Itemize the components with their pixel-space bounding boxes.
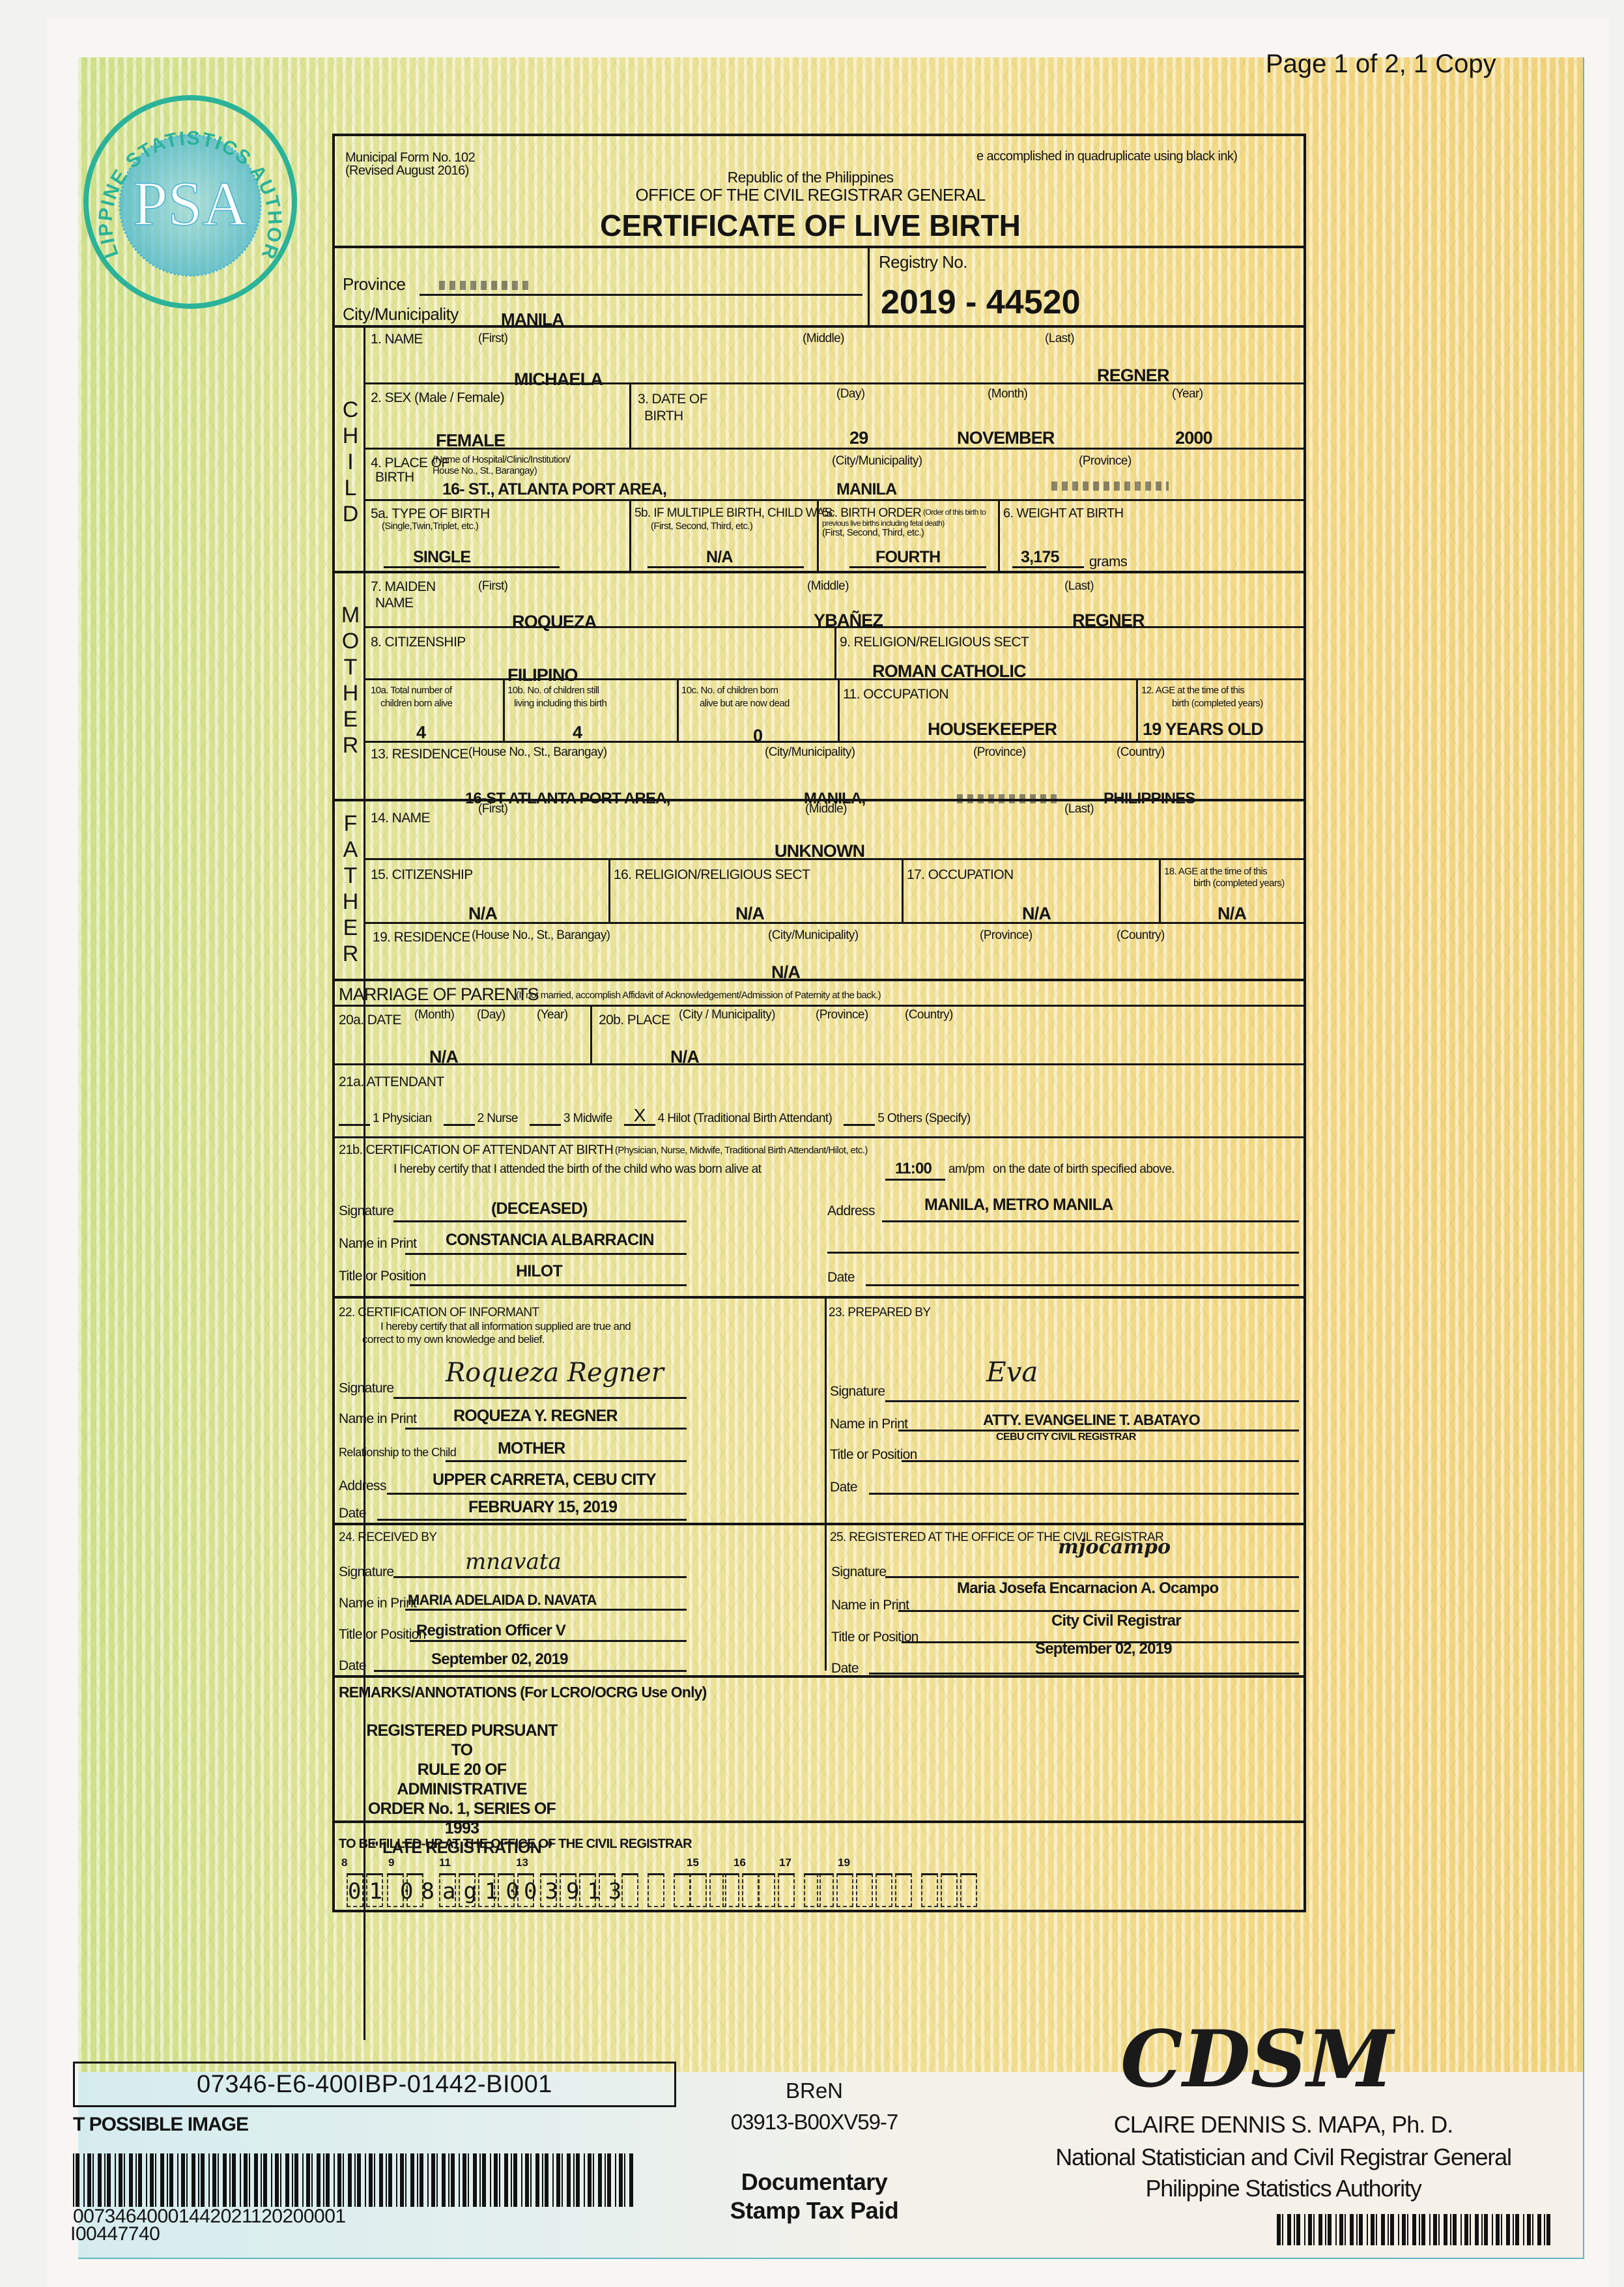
city-label: (City / Municipality) [679, 1008, 775, 1022]
attendant-option-label: 1 Physician [373, 1112, 432, 1126]
mother-occupation: HOUSEKEEPER [928, 719, 1057, 740]
received-title: Registration Officer V [416, 1622, 565, 1640]
svg-text:PSA: PSA [133, 169, 248, 238]
birth-weight: 3,175 [1021, 548, 1059, 567]
office-code-boxes: 891113151617190108ag1003913 [335, 1856, 1309, 1908]
office-code-value: ag10 [442, 1878, 527, 1905]
residence-city-label: (City/Municipality) [768, 928, 859, 943]
mother-religion-label: 9. RELIGION/RELIGIOUS SECT [840, 635, 1029, 650]
informant-date: FEBRUARY 15, 2019 [468, 1498, 617, 1517]
registry-number: 2019 - 44520 [881, 283, 1081, 322]
name-label: Name in Print [830, 1417, 907, 1432]
registrar-general-title: National Statistician and Civil Registra… [1023, 2144, 1544, 2171]
first-label: (First) [478, 802, 507, 816]
total-children: 4 [416, 723, 425, 743]
birth-place-city: MANILA [836, 480, 896, 499]
registered-title: City Civil Registrar [1051, 1612, 1181, 1630]
father-age-label: 18. AGE at the time of this [1164, 866, 1267, 878]
signature-label: Signature [339, 1203, 394, 1219]
father-age: N/A [1218, 904, 1246, 924]
document-title: CERTIFICATE OF LIVE BIRTH [530, 208, 1090, 243]
received-signature: mnavata [465, 1549, 562, 1575]
pob-city-label: (City/Municipality) [832, 454, 922, 468]
attendant-checkbox[interactable] [530, 1124, 561, 1126]
mother-residence-label: 13. RESIDENCE [371, 747, 468, 762]
name-label: Name in Print [831, 1598, 909, 1613]
date-label: Date [339, 1506, 366, 1521]
attendant-cert-hint: (Physician, Nurse, Midwife, Traditional … [615, 1145, 868, 1157]
office-field-number: 11 [439, 1856, 451, 1869]
middle-label: (Middle) [803, 332, 844, 346]
weight-unit: grams [1089, 553, 1127, 570]
residence-city-label: (City/Municipality) [765, 745, 855, 760]
weight-label: 6. WEIGHT AT BIRTH [1003, 506, 1123, 521]
date-label: Date [339, 1658, 366, 1674]
attendant-option-label: 4 Hilot (Traditional Birth Attendant) [658, 1112, 833, 1126]
birth-year: 2000 [1175, 428, 1212, 448]
birth-day: 29 [849, 428, 868, 448]
mother-age-label: 12. AGE at the time of this [1141, 685, 1244, 697]
father-citizenship-label: 15. CITIZENSHIP [371, 867, 473, 883]
received-date: September 02, 2019 [431, 1650, 568, 1669]
multiple-birth-hint: (First, Second, Third, etc.) [651, 521, 752, 532]
office-code-cell[interactable] [921, 1873, 938, 1907]
attendant-cert-label: 21b. CERTIFICATION OF ATTENDANT AT BIRTH [339, 1143, 613, 1158]
office-field-number: 19 [838, 1856, 850, 1869]
registered-name: Maria Josefa Encarnacion A. Ocampo [957, 1579, 1218, 1598]
country-label: (Country) [905, 1008, 953, 1022]
prepared-by-label: 23. PREPARED BY [829, 1306, 930, 1320]
date-label: Date [830, 1480, 857, 1495]
bren-label: BReN [704, 2078, 925, 2103]
office-field-number: 8 [341, 1856, 347, 1869]
form-revision: (Revised August 2016) [345, 164, 469, 179]
last-label: (Last) [1064, 802, 1094, 816]
city-label: City/Municipality [343, 304, 459, 324]
province-label: Province [343, 274, 405, 295]
registered-signature: mjocampo [1058, 1536, 1171, 1559]
office-code-value: 01 [348, 1878, 390, 1905]
first-label: (First) [478, 332, 507, 346]
marriage-title: MARRIAGE OF PARENTS [339, 985, 539, 1005]
office-field-number: 17 [779, 1856, 791, 1869]
father-religion-label: 16. RELIGION/RELIGIOUS SECT [614, 867, 810, 883]
office-code-cell[interactable] [758, 1873, 775, 1907]
title-label: Title or Position [339, 1269, 426, 1284]
attendant-checkbox[interactable] [339, 1124, 370, 1126]
form-instruction: e accomplished in quadruplicate using bl… [976, 149, 1237, 164]
attendant-option-4[interactable]: X4 Hilot (Traditional Birth Attendant) [624, 1107, 833, 1126]
birth-place-province-redacted [1051, 482, 1169, 491]
residence-hint: (House No., St., Barangay) [472, 928, 610, 943]
year-label: (Year) [1172, 387, 1203, 401]
signature-label: Signature [831, 1564, 887, 1580]
registrar-general-signature: CDSM [1120, 2013, 1393, 2105]
office-code-cell[interactable] [742, 1873, 759, 1907]
informant-relationship: MOTHER [498, 1439, 565, 1458]
pob-hint-2: House No., St., Barangay) [433, 465, 537, 477]
marriage-place-label: 20b. PLACE [599, 1013, 670, 1028]
office-field-number: 9 [388, 1856, 394, 1869]
office-code-cell[interactable] [941, 1873, 958, 1907]
birth-order-hint: (Order of this birth to [923, 506, 986, 518]
dead-children-label-2: alive but are now dead [700, 698, 790, 710]
office-code-value: 08 [400, 1878, 442, 1905]
office-field-number: 16 [734, 1856, 746, 1869]
province-label: (Province) [816, 1008, 868, 1022]
residence-country-label: (Country) [1117, 928, 1165, 943]
office-code-cell[interactable] [876, 1873, 892, 1907]
birth-certificate-form: Municipal Form No. 102 (Revised August 2… [332, 134, 1306, 1912]
office-code-cell[interactable] [674, 1873, 691, 1907]
attendant-options: 1 Physician2 Nurse3 MidwifeX4 Hilot (Tra… [339, 1107, 971, 1126]
attendant-option-2[interactable]: 2 Nurse [444, 1112, 518, 1126]
residence-province-label: (Province) [980, 928, 1033, 943]
informant-label: 22. CERTIFICATION OF INFORMANT [339, 1306, 539, 1320]
father-section-label: FATHER [337, 811, 363, 967]
residence-province-label: (Province) [973, 745, 1026, 760]
bren-number: 03913-B00XV59-7 [704, 2110, 925, 2135]
republic-label: Republic of the Philippines [680, 169, 941, 186]
informant-name: ROQUEZA Y. REGNER [453, 1407, 618, 1426]
attendant-signature: (DECEASED) [491, 1200, 588, 1218]
living-children-label-2: living including this birth [514, 698, 606, 710]
marriage-date-label: 20a. DATE [339, 1013, 401, 1028]
residence-hint: (House No., St., Barangay) [468, 745, 607, 760]
pob-province-label: (Province) [1079, 454, 1132, 468]
pob-hint: (Name of Hospital/Clinic/Institution/ [433, 454, 570, 466]
residence-country-label: (Country) [1117, 745, 1165, 760]
office-code-cell[interactable] [856, 1873, 873, 1907]
psa-seal-icon: PHILIPPINE STATISTICS AUTHORITY PSA [79, 91, 301, 313]
middle-label: (Middle) [807, 579, 849, 594]
total-children-label: 10a. Total number of [371, 685, 451, 697]
relationship-label: Relationship to the Child [339, 1446, 456, 1460]
dead-children: 0 [753, 726, 762, 746]
pob-label-2: BIRTH [375, 470, 414, 485]
informant-address: UPPER CARRETA, CEBU CITY [433, 1471, 656, 1489]
registrar-general-org: Philippine Statistics Authority [1023, 2175, 1544, 2202]
birth-month: NOVEMBER [957, 428, 1055, 448]
attendant-option-label: 5 Others (Specify) [877, 1112, 970, 1126]
informant-signature: Roqueza Regner [446, 1358, 664, 1388]
registrar-general-name: CLAIRE DENNIS S. MAPA, Ph. D. [1023, 2111, 1544, 2138]
page-count-note: Page 1 of 2, 1 Copy [1266, 50, 1496, 79]
attendant-title: HILOT [516, 1262, 562, 1281]
multiple-birth-label: 5b. IF MULTIPLE BIRTH, CHILD WAS [634, 506, 833, 521]
mother-first-name: ROQUEZA [512, 612, 596, 632]
first-label: (First) [478, 579, 507, 594]
am-pm-label: am/pm [948, 1162, 984, 1177]
attendant-label: 21a. ATTENDANT [339, 1074, 444, 1090]
office-field-number: 13 [516, 1856, 528, 1869]
attendant-address: MANILA, METRO MANILA [924, 1196, 1113, 1215]
last-label: (Last) [1045, 332, 1074, 346]
control-number: 07346-E6-400IBP-01442-BI001 [73, 2062, 676, 2107]
date-label: Date [831, 1661, 859, 1676]
child-first-name: MICHAELA [514, 369, 603, 390]
attendant-checkbox[interactable] [444, 1124, 475, 1126]
total-children-label-2: children born alive [380, 698, 452, 710]
attendant-option-5[interactable]: 5 Others (Specify) [844, 1112, 970, 1126]
possible-image-note: T POSSIBLE IMAGE [73, 2114, 248, 2136]
father-religion: N/A [735, 904, 764, 924]
office-label: OFFICE OF THE CIVIL REGISTRAR GENERAL [595, 185, 1025, 205]
mother-section-label: MOTHER [337, 602, 363, 758]
mother-age-label-2: birth (completed years) [1172, 698, 1263, 710]
living-children: 4 [573, 723, 582, 743]
month-label: (Month) [414, 1008, 454, 1022]
office-field-number: 15 [687, 1856, 699, 1869]
signature-label: Signature [830, 1384, 885, 1400]
living-children-label: 10b. No. of children still [507, 685, 599, 697]
remarks-label: REMARKS/ANNOTATIONS (For LCRO/OCRG Use O… [339, 1684, 707, 1701]
attendant-option-label: 2 Nurse [477, 1112, 518, 1126]
office-code-cell[interactable] [895, 1873, 912, 1907]
address-label: Address [339, 1478, 386, 1494]
serial-number: I00447740 [70, 2223, 160, 2245]
mother-occupation-label: 11. OCCUPATION [843, 687, 948, 702]
mother-name-label: 7. MAIDEN [371, 579, 436, 595]
office-code-cell[interactable] [817, 1873, 834, 1907]
signature-label: Signature [339, 1564, 394, 1580]
office-code-cell[interactable] [960, 1873, 977, 1907]
office-code-cell[interactable] [778, 1873, 795, 1907]
child-section-label: CHILD [337, 397, 363, 527]
signature-label: Signature [339, 1381, 394, 1396]
birth-type-hint: (Single,Twin,Triplet, etc.) [382, 521, 478, 532]
attendant-cert-text-2: on the date of birth specified above. [993, 1162, 1175, 1177]
attendant-name: CONSTANCIA ALBARRACIN [446, 1231, 654, 1250]
father-occupation-label: 17. OCCUPATION [907, 867, 1014, 883]
office-code-cell[interactable] [722, 1873, 739, 1907]
middle-label: (Middle) [805, 802, 847, 816]
dob-label: 3. DATE OF [638, 392, 707, 407]
father-citizenship: N/A [468, 904, 497, 924]
month-label: (Month) [988, 387, 1027, 401]
mother-name-label-2: NAME [375, 596, 413, 611]
last-label: (Last) [1064, 579, 1094, 594]
attendant-option-1[interactable]: 1 Physician [339, 1112, 432, 1126]
informant-text: I hereby certify that all information su… [380, 1321, 631, 1332]
marriage-note: (If not married, accomplish Affidavit of… [516, 990, 881, 1001]
father-occupation: N/A [1022, 904, 1051, 924]
office-code-cell[interactable] [690, 1873, 707, 1907]
received-by-label: 24. RECEIVED BY [339, 1531, 436, 1545]
birth-place-address: 16- ST., ATLANTA PORT AREA, [442, 480, 666, 499]
attendant-option-label: 3 Midwife [563, 1112, 612, 1126]
prepared-name: ATTY. EVANGELINE T. ABATAYO [983, 1411, 1200, 1429]
multiple-birth: N/A [706, 548, 733, 567]
remarks-line: REGISTERED PURSUANT TO [354, 1721, 569, 1760]
attendant-option-3[interactable]: 3 Midwife [530, 1112, 612, 1126]
remarks-line: RULE 20 OF ADMINISTRATIVE [354, 1760, 569, 1799]
birth-order-hint-3: (First, Second, Third, etc.) [822, 527, 924, 539]
stamp-tax-line-1: Documentary [704, 2168, 925, 2196]
stamp-tax-line-2: Stamp Tax Paid [704, 2197, 925, 2224]
father-residence-label: 19. RESIDENCE [373, 930, 470, 945]
office-code-cell[interactable] [836, 1873, 853, 1907]
registered-date: September 02, 2019 [1035, 1640, 1172, 1658]
informant-text-2: correct to my own knowledge and belief. [362, 1334, 545, 1345]
office-code-value: 03913 [524, 1878, 629, 1905]
name-label: Name in Print [339, 1411, 416, 1427]
attendant-checkbox[interactable]: X [624, 1107, 655, 1126]
received-name: MARIA ADELAIDA D. NAVATA [408, 1592, 597, 1609]
mother-citizenship-label: 8. CITIZENSHIP [371, 635, 466, 650]
office-use-label: TO BE FILLED-UP AT THE OFFICE OF THE CIV… [339, 1837, 692, 1852]
office-code-cell[interactable] [648, 1873, 664, 1907]
child-name-label: 1. NAME [371, 332, 423, 347]
day-label: (Day) [836, 387, 864, 401]
father-age-label-2: birth (completed years) [1193, 878, 1285, 889]
barcode-left [73, 2153, 633, 2207]
attendant-checkbox[interactable] [844, 1124, 875, 1126]
birth-type-label: 5a. TYPE OF BIRTH [371, 506, 490, 522]
dob-label-2: BIRTH [644, 409, 683, 424]
day-label: (Day) [477, 1008, 505, 1022]
province-value-redacted [439, 281, 530, 290]
birth-type: SINGLE [413, 548, 470, 567]
address-label: Address [827, 1203, 875, 1219]
mother-citizenship: FILIPINO [507, 665, 578, 685]
year-label: (Year) [537, 1008, 567, 1022]
remarks-line: ORDER No. 1, SERIES OF 1993 [354, 1799, 569, 1838]
attendant-cert-text: I hereby certify that I attended the bir… [393, 1162, 761, 1177]
mother-age: 19 YEARS OLD [1143, 719, 1263, 740]
barcode-right [1277, 2214, 1550, 2245]
prepared-signature: Eva [986, 1356, 1038, 1388]
prepared-name-subtitle: CEBU CITY CIVIL REGISTRAR [996, 1431, 1136, 1443]
date-label: Date [827, 1270, 855, 1286]
registry-label: Registry No. [879, 252, 967, 272]
birth-time: 11:00 [895, 1160, 932, 1178]
sex-label: 2. SEX (Male / Female) [371, 390, 504, 406]
dead-children-label: 10c. No. of children born [681, 685, 778, 697]
father-name-label: 14. NAME [371, 811, 430, 826]
name-label: Name in Print [339, 1236, 416, 1252]
birth-order: FOURTH [876, 548, 940, 567]
